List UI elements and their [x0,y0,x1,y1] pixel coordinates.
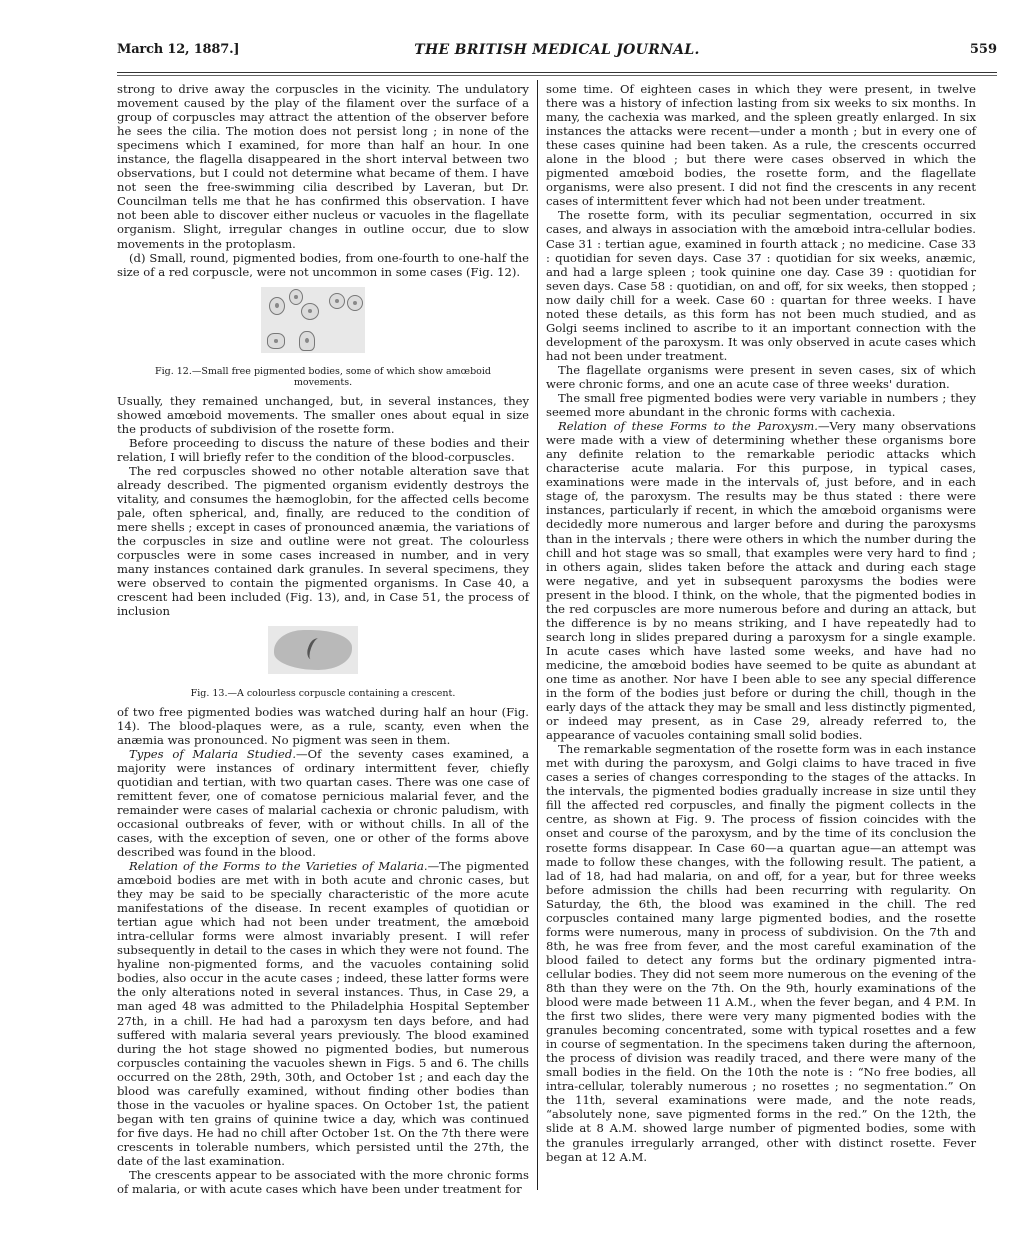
header-rule [117,72,997,73]
figure-12: Fig. 12.—Small free pigmented bodies, so… [117,287,529,388]
figure-13-image [268,626,358,674]
page-header: March 12, 1887.] THE BRITISH MEDICAL JOU… [117,40,997,64]
figure-12-caption: Fig. 12.—Small free pigmented bodies, so… [117,366,529,388]
paragraph: The red corpuscles showed no other notab… [117,464,529,619]
paragraph: strong to drive away the corpuscles in t… [117,82,529,251]
page-number: 559 [970,42,997,57]
paragraph: The flagellate organisms were present in… [546,363,976,391]
figure-13: Fig. 13.—A colourless corpuscle containi… [117,626,529,698]
paragraph: Before proceeding to discuss the nature … [117,436,529,464]
section-paragraph: Types of Malaria Studied.—Of the seventy… [117,747,529,859]
figure-13-caption: Fig. 13.—A colourless corpuscle containi… [117,688,529,699]
figure-12-image [261,287,365,353]
paragraph: of two free pigmented bodies was watched… [117,705,529,747]
paragraph: Usually, they remained unchanged, but, i… [117,394,529,436]
paragraph: The crescents appear to be associated wi… [117,1168,529,1196]
paragraph: some time. Of eighteen cases in which th… [546,82,976,208]
left-column: strong to drive away the corpuscles in t… [117,82,529,1196]
section-paragraph: Relation of the Forms to the Varieties o… [117,859,529,1168]
column-divider [537,80,538,1190]
section-heading: Relation of the Forms to the Varieties o… [129,859,428,873]
header-rule-secondary [117,75,997,76]
right-column: some time. Of eighteen cases in which th… [546,82,976,1164]
section-heading: Relation of these Forms to the Paroxysm. [558,419,818,433]
paragraph: The small free pigmented bodies were ver… [546,391,976,419]
paragraph: (d) Small, round, pigmented bodies, from… [117,251,529,279]
paragraph: The rosette form, with its peculiar segm… [546,208,976,363]
journal-title: THE BRITISH MEDICAL JOURNAL. [117,42,997,58]
section-heading: Types of Malaria Studied. [129,747,296,761]
paragraph: The remarkable segmentation of the roset… [546,742,976,1163]
section-paragraph: Relation of these Forms to the Paroxysm.… [546,419,976,742]
